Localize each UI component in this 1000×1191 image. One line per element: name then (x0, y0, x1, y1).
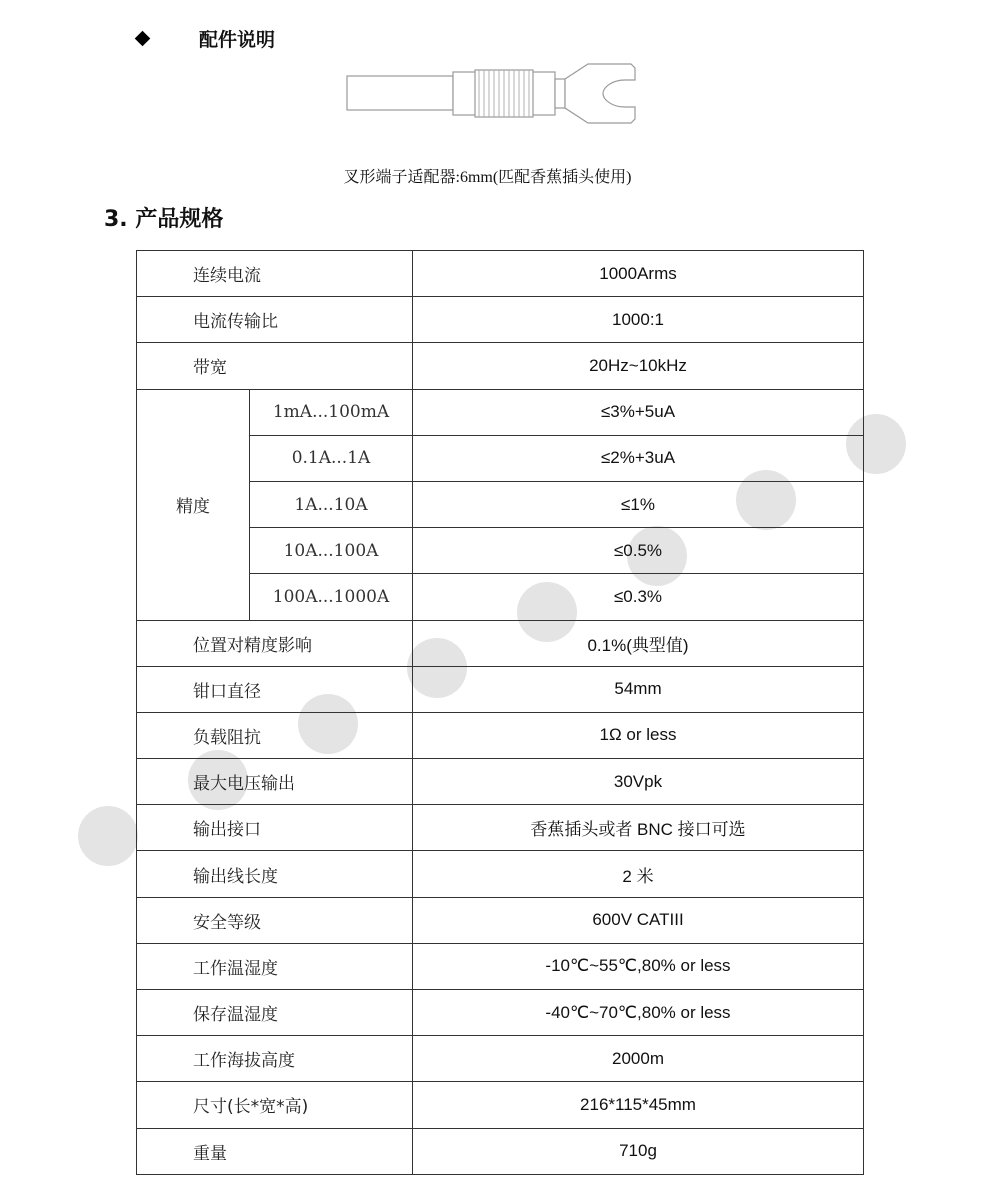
spec-value: 香蕉插头或者 BNC 接口可选 (413, 805, 864, 851)
spec-label: 保存温湿度 (137, 990, 413, 1036)
spec-label: 位置对精度影响 (137, 620, 413, 666)
spec-value: 20Hz~10kHz (413, 343, 864, 389)
table-row: 位置对精度影响 0.1%(典型值) (137, 620, 864, 666)
spec-value: 710g (413, 1128, 864, 1174)
accuracy-range: 1mA...100mA (250, 389, 413, 435)
table-row: 尺寸(长*宽*高) 216*115*45mm (137, 1082, 864, 1128)
diamond-bullet-icon (135, 30, 151, 46)
table-row: 最大电压输出 30Vpk (137, 759, 864, 805)
spec-label: 负载阻抗 (137, 712, 413, 758)
accessory-title: 配件说明 (199, 25, 275, 52)
table-row: 连续电流 1000Arms (137, 251, 864, 297)
spec-label: 输出线长度 (137, 851, 413, 897)
accuracy-value: ≤3%+5uA (413, 389, 864, 435)
accessory-heading: 配件说明 (133, 24, 148, 52)
table-row: 负载阻抗 1Ω or less (137, 712, 864, 758)
spec-value: -40℃~70℃,80% or less (413, 990, 864, 1036)
table-row: 重量 710g (137, 1128, 864, 1174)
table-row: 工作温湿度 -10℃~55℃,80% or less (137, 943, 864, 989)
accuracy-range: 1A...10A (250, 481, 413, 527)
spec-value: 1000:1 (413, 297, 864, 343)
table-row: 带宽 20Hz~10kHz (137, 343, 864, 389)
table-row: 钳口直径 54mm (137, 666, 864, 712)
accessory-caption: 叉形端子适配器:6mm(匹配香蕉插头使用) (0, 164, 975, 187)
spade-terminal-adapter-illustration (345, 60, 640, 132)
spec-label: 连续电流 (137, 251, 413, 297)
accuracy-value: ≤1% (413, 481, 864, 527)
spec-value: 1000Arms (413, 251, 864, 297)
spec-table: 连续电流 1000Arms 电流传输比 1000:1 带宽 20Hz~10kHz… (136, 250, 864, 1175)
spec-value: 0.1%(典型值) (413, 620, 864, 666)
spec-label: 钳口直径 (137, 666, 413, 712)
spec-value: 2000m (413, 1036, 864, 1082)
spec-value: 30Vpk (413, 759, 864, 805)
table-row: 电流传输比 1000:1 (137, 297, 864, 343)
spec-label: 安全等级 (137, 897, 413, 943)
spec-label: 工作海拔高度 (137, 1036, 413, 1082)
spec-label: 重量 (137, 1128, 413, 1174)
spec-value: -10℃~55℃,80% or less (413, 943, 864, 989)
spec-label: 最大电压输出 (137, 759, 413, 805)
spec-label: 输出接口 (137, 805, 413, 851)
spec-label: 电流传输比 (137, 297, 413, 343)
decorative-circle (78, 806, 138, 866)
table-row: 输出接口 香蕉插头或者 BNC 接口可选 (137, 805, 864, 851)
spec-label: 工作温湿度 (137, 943, 413, 989)
accuracy-value: ≤0.5% (413, 528, 864, 574)
spec-value: 1Ω or less (413, 712, 864, 758)
accuracy-range: 100A...1000A (250, 574, 413, 620)
spec-value: 2 米 (413, 851, 864, 897)
spec-value: 216*115*45mm (413, 1082, 864, 1128)
section-title: 3. 产品规格 (104, 202, 223, 233)
table-row: 工作海拔高度 2000m (137, 1036, 864, 1082)
accuracy-range: 10A...100A (250, 528, 413, 574)
table-row: 保存温湿度 -40℃~70℃,80% or less (137, 990, 864, 1036)
accuracy-label: 精度 (137, 389, 250, 620)
accuracy-value: ≤2%+3uA (413, 435, 864, 481)
accuracy-range: 0.1A...1A (250, 435, 413, 481)
spec-label: 尺寸(长*宽*高) (137, 1082, 413, 1128)
spec-value: 54mm (413, 666, 864, 712)
spec-label: 带宽 (137, 343, 413, 389)
table-row: 安全等级 600V CATIII (137, 897, 864, 943)
table-row: 精度 1mA...100mA ≤3%+5uA (137, 389, 864, 435)
table-row: 输出线长度 2 米 (137, 851, 864, 897)
accuracy-value: ≤0.3% (413, 574, 864, 620)
spec-value: 600V CATIII (413, 897, 864, 943)
